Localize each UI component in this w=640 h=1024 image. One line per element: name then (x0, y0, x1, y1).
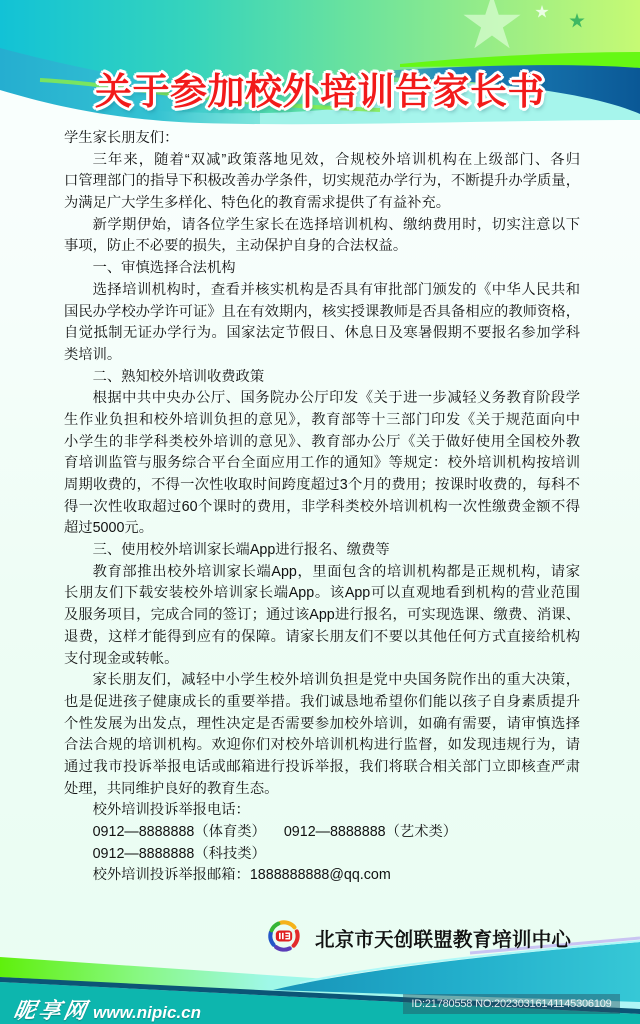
text-line: 类培训。 (64, 345, 580, 367)
site-url: www.nipic.cn (93, 1003, 201, 1022)
text-line: 口管理部门的指导下积极改善办学条件，切实规范办学行为，不断提升办学质量， (64, 171, 580, 193)
email-row: 校外培训投诉举报邮箱：1888888888@qq.com (64, 865, 580, 887)
text-line: 支付现金或转帐。 (64, 649, 580, 671)
email-address: 1888888888@qq.com (250, 867, 391, 883)
text-line: 长朋友们下载安装校外培训家长端App。该App可以直观地看到机构的营业范围 (64, 583, 580, 605)
section-legal-institutions: 一、审慎选择合法机构 选择培训机构时，查看并核实机构是否具有审批部门颁发的《中华… (64, 258, 580, 366)
image-id-watermark: ID:21780558 NO:20230316141145306109 (403, 994, 620, 1014)
text-line: 周期收费的，不得一次性收取时间跨度超过3个月的费用；按课时收费的，每科不 (64, 475, 580, 497)
phone-row: 0912—8888888（体育类）0912—8888888（艺术类） (64, 822, 580, 844)
text-line: 也是促进孩子健康成长的重要举措。我们诚恳地希望你们能以孩子自身素质提升 (64, 692, 580, 714)
text-line: 通过我市投诉举报电话或邮箱进行投诉举报，我们将联合相关部门立即核查严肃 (64, 757, 580, 779)
phone-number-sports: 0912—8888888 (93, 824, 195, 840)
text-line: 新学期伊始，请各位学生家长在选择培训机构、缴纳费用时，切实注意以下 (64, 215, 580, 237)
phone-number-arts: 0912—8888888 (284, 824, 386, 840)
text-line: 超过5000元。 (64, 518, 580, 540)
text-line: 育培训监管与服务综合平台全面应用工作的通知》等规定：校外培训机构按培训 (64, 453, 580, 475)
site-name: 昵享网 (11, 994, 91, 1024)
text-line: 选择培训机构时，查看并核实机构是否具有审批部门颁发的《中华人民共和 (64, 280, 580, 302)
poster: 关于参加校外培训告家长书 学生家长朋友们： 三年来，随着“双减”政策落地见效，合… (0, 0, 640, 1024)
intro-paragraph: 三年来，随着“双减”政策落地见效，合规校外培训机构在上级部门、各归 口管理部门的… (64, 150, 580, 215)
complaint-contacts: 校外培训投诉举报电话： 0912—8888888（体育类）0912—888888… (64, 800, 580, 887)
section-fee-policy: 二、熟知校外培训收费政策 根据中共中央办公厅、国务院办公厅印发《关于进一步减轻义… (64, 367, 580, 541)
text-line: 合法合规的培训机构。欢迎你们对校外培训机构进行监督，如发现违规行为，请 (64, 735, 580, 757)
poster-title: 关于参加校外培训告家长书 (0, 71, 640, 113)
text-line: 生作业负担和校外培训负担的意见》，教育部等十三部门印发《关于规范面向中 (64, 410, 580, 432)
site-watermark: 昵享网www.nipic.cn (14, 994, 201, 1024)
text-line: 得一次性收取超过60个课时的费用，非学科类校外培训机构一次性缴费金额不得 (64, 497, 580, 519)
text-line: 小学生的非学科类校外培训的意见》、教育部办公厅《关于做好使用全国校外教 (64, 432, 580, 454)
text-line: 教育部推出校外培训家长端App，里面包含的培训机构都是正规机构，请家 (64, 562, 580, 584)
text-line: 退费，这样才能得到应有的保障。请家长朋友们不要以其他任何方式直接给机构 (64, 627, 580, 649)
phone-category-tech: （科技类） (194, 846, 265, 862)
text-line: 自觉抵制无证办学行为。国家法定节假日、休息日及寒暑假期不要报名参加学科 (64, 323, 580, 345)
text-line: 国民办学校办学许可证》且在有效期内，核实授课教师是否具备相应的教师资格， (64, 302, 580, 324)
text-line: 处理，共同维护良好的教育生态。 (64, 779, 580, 801)
email-label: 校外培训投诉举报邮箱： (93, 867, 250, 883)
text-line: 事项，防止不必要的损失，主动保护自身的合法权益。 (64, 236, 580, 258)
letter-body: 学生家长朋友们： 三年来，随着“双减”政策落地见效，合规校外培训机构在上级部门、… (64, 128, 580, 887)
text-line: 三年来，随着“双减”政策落地见效，合规校外培训机构在上级部门、各归 (64, 150, 580, 172)
text-line: 个性发展为出发点，理性决定是否需要参加校外培训，如确有需要，请审慎选择 (64, 714, 580, 736)
section-heading: 二、熟知校外培训收费政策 (64, 367, 580, 389)
section-heading: 一、审慎选择合法机构 (64, 258, 580, 280)
greeting: 学生家长朋友们： (64, 128, 580, 150)
phone-category-sports: （体育类） (194, 824, 265, 840)
closing-paragraph: 家长朋友们，减轻中小学生校外培训负担是党中央国务院作出的重大决策， 也是促进孩子… (64, 670, 580, 800)
intro-paragraph: 新学期伊始，请各位学生家长在选择培训机构、缴纳费用时，切实注意以下 事项，防止不… (64, 215, 580, 258)
organization-name: 北京市天创联盟教育培训中心 (315, 927, 571, 953)
phone-category-arts: （艺术类） (386, 824, 457, 840)
section-heading: 三、使用校外培训家长端App进行报名、缴费等 (64, 540, 580, 562)
text-line: 及服务项目，完成合同的签订；通过该App进行报名，可实现选课、缴费、消课、 (64, 605, 580, 627)
text-line: 家长朋友们，减轻中小学生校外培训负担是党中央国务院作出的重大决策， (64, 670, 580, 692)
phone-row: 0912—8888888（科技类） (64, 844, 580, 866)
section-parent-app: 三、使用校外培训家长端App进行报名、缴费等 教育部推出校外培训家长端App，里… (64, 540, 580, 670)
phone-label: 校外培训投诉举报电话： (64, 800, 580, 822)
text-line: 为满足广大学生多样化、特色化的教育需求提供了有益补充。 (64, 193, 580, 215)
text-line: 根据中共中央办公厅、国务院办公厅印发《关于进一步减轻义务教育阶段学 (64, 388, 580, 410)
swirl-logo-icon (264, 916, 304, 956)
phone-number-tech: 0912—8888888 (93, 846, 195, 862)
